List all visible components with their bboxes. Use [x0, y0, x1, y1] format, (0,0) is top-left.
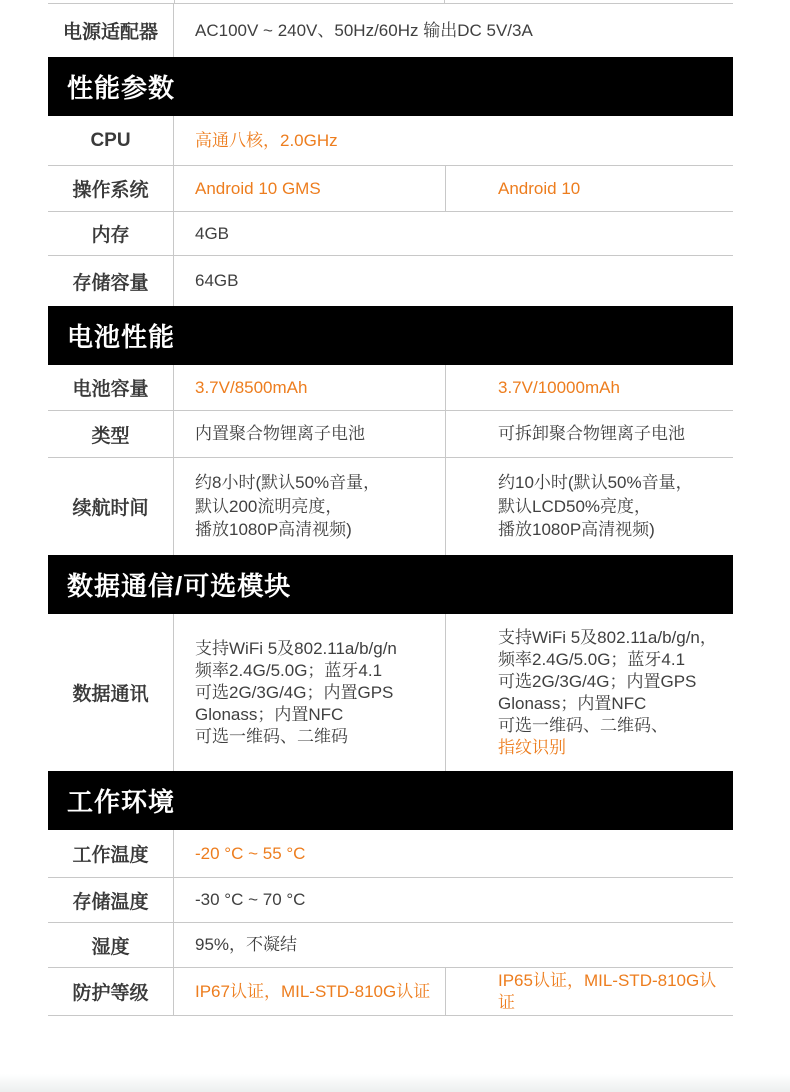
spec-value-data-comm-left: 支持WiFi 5及802.11a/b/g/n 频率2.4G/5.0G；蓝牙4.1…: [174, 614, 445, 771]
spec-value-os-left: Android 10 GMS: [174, 166, 445, 211]
section-header-title: 性能参数: [67, 68, 175, 105]
spec-label-battery-type: 类型: [48, 411, 174, 457]
spec-row-os: 操作系统 Android 10 GMS Android 10: [48, 166, 733, 212]
spec-table: 电源适配器 AC100V ~ 240V、50Hz/60Hz 输出DC 5V/3A…: [48, 3, 733, 1016]
spec-value-text: 64GB: [195, 270, 733, 292]
spec-value-line: 播放1080P高清视频): [195, 518, 445, 542]
spec-value-text: AC100V ~ 240V、50Hz/60Hz 输出DC 5V/3A: [195, 20, 733, 42]
spec-cells: Android 10 GMS Android 10: [174, 166, 733, 211]
spec-value-battery-type-right: 可拆卸聚合物锂离子电池: [445, 411, 733, 457]
spec-cells: 约8小时(默认50%音量， 默认200流明亮度， 播放1080P高清视频) 约1…: [174, 458, 733, 555]
spec-label-os: 操作系统: [48, 166, 174, 211]
spec-cells: -30 °C ~ 70 °C: [174, 878, 733, 922]
spec-label-protection: 防护等级: [48, 968, 174, 1015]
spec-value-text: Android 10: [498, 178, 733, 200]
spec-value-text: 高通八核，2.0GHz: [195, 130, 733, 152]
spec-value-line: 可选2G/3G/4G；内置GPS: [498, 671, 733, 693]
spec-value-text: 3.7V/8500mAh: [195, 377, 445, 399]
spec-label-humidity: 湿度: [48, 923, 174, 967]
spec-label-battery-life: 续航时间: [48, 458, 174, 555]
spec-cells: 95%，不凝结: [174, 923, 733, 967]
spec-value-operating-temp: -20 °C ~ 55 °C: [174, 830, 733, 877]
spec-value-cpu: 高通八核，2.0GHz: [174, 116, 733, 165]
spec-value-humidity: 95%，不凝结: [174, 923, 733, 967]
spec-label-operating-temp: 工作温度: [48, 830, 174, 877]
spec-cells: 高通八核，2.0GHz: [174, 116, 733, 165]
section-header-battery: 电池性能: [48, 306, 733, 365]
spec-label-data-comm: 数据通讯: [48, 614, 174, 771]
spec-label-cpu: CPU: [48, 116, 174, 165]
spec-value-battery-life-left: 约8小时(默认50%音量， 默认200流明亮度， 播放1080P高清视频): [174, 458, 445, 555]
spec-value-storage-temp: -30 °C ~ 70 °C: [174, 878, 733, 922]
section-header-environment: 工作环境: [48, 771, 733, 830]
spec-label-memory: 内存: [48, 212, 174, 255]
section-header-performance: 性能参数: [48, 57, 733, 116]
spec-value-line: Glonass；内置NFC: [498, 693, 733, 715]
spec-value-line: 支持WiFi 5及802.11a/b/g/n，: [498, 627, 733, 649]
spec-label-storage-temp: 存储温度: [48, 878, 174, 922]
spec-value-protection-right: IP65认证，MIL-STD-810G认证: [445, 968, 733, 1015]
section-header-data-modules: 数据通信/可选模块: [48, 555, 733, 614]
spec-value-line: 支持WiFi 5及802.11a/b/g/n: [195, 638, 445, 660]
spec-value-text: IP65认证，MIL-STD-810G认证: [498, 970, 733, 1014]
spec-value-protection-left: IP67认证，MIL-STD-810G认证: [174, 968, 445, 1015]
spec-row-data-comm: 数据通讯 支持WiFi 5及802.11a/b/g/n 频率2.4G/5.0G；…: [48, 614, 733, 771]
spec-value-text: 95%，不凝结: [195, 934, 733, 956]
spec-value-battery-capacity-left: 3.7V/8500mAh: [174, 365, 445, 410]
spec-value-os-right: Android 10: [445, 166, 733, 211]
spec-value-text: 3.7V/10000mAh: [498, 377, 733, 399]
section-header-title: 数据通信/可选模块: [67, 566, 291, 603]
spec-value-battery-type-left: 内置聚合物锂离子电池: [174, 411, 445, 457]
spec-row-humidity: 湿度 95%，不凝结: [48, 923, 733, 968]
spec-row-power-adapter: 电源适配器 AC100V ~ 240V、50Hz/60Hz 输出DC 5V/3A: [48, 4, 733, 57]
spec-cells: AC100V ~ 240V、50Hz/60Hz 输出DC 5V/3A: [174, 4, 733, 57]
spec-row-storage: 存储容量 64GB: [48, 256, 733, 306]
spec-cells: 支持WiFi 5及802.11a/b/g/n 频率2.4G/5.0G；蓝牙4.1…: [174, 614, 733, 771]
spec-cells: IP67认证，MIL-STD-810G认证 IP65认证，MIL-STD-810…: [174, 968, 733, 1015]
spec-value-line: Glonass；内置NFC: [195, 704, 445, 726]
spec-value-text: 内置聚合物锂离子电池: [195, 423, 445, 445]
spec-value-power-adapter: AC100V ~ 240V、50Hz/60Hz 输出DC 5V/3A: [174, 4, 733, 57]
spec-row-storage-temp: 存储温度 -30 °C ~ 70 °C: [48, 878, 733, 923]
spec-sheet-page: { "theme": { "accent_orange": "#ed7d1e",…: [0, 0, 790, 1092]
spec-row-battery-capacity: 电池容量 3.7V/8500mAh 3.7V/10000mAh: [48, 365, 733, 411]
spec-row-operating-temp: 工作温度 -20 °C ~ 55 °C: [48, 830, 733, 878]
spec-value-line: 可选一维码、二维码: [195, 726, 445, 748]
spec-value-text: 可拆卸聚合物锂离子电池: [498, 423, 733, 445]
spec-value-line-highlight: 指纹识别: [498, 737, 733, 759]
spec-value-line: 播放1080P高清视频): [498, 518, 733, 542]
spec-value-line: 频率2.4G/5.0G；蓝牙4.1: [498, 649, 733, 671]
spec-cells: 内置聚合物锂离子电池 可拆卸聚合物锂离子电池: [174, 411, 733, 457]
spec-value-data-comm-right: 支持WiFi 5及802.11a/b/g/n， 频率2.4G/5.0G；蓝牙4.…: [445, 614, 733, 771]
spec-label-storage: 存储容量: [48, 256, 174, 306]
spec-cells: 3.7V/8500mAh 3.7V/10000mAh: [174, 365, 733, 410]
spec-cells: 64GB: [174, 256, 733, 306]
spec-value-line: 可选一维码、二维码、: [498, 715, 733, 737]
spec-label-battery-capacity: 电池容量: [48, 365, 174, 410]
section-header-title: 工作环境: [67, 782, 175, 819]
spec-cells: 4GB: [174, 212, 733, 255]
spec-value-line: 默认200流明亮度，: [195, 495, 445, 519]
spec-row-cpu: CPU 高通八核，2.0GHz: [48, 116, 733, 166]
spec-value-battery-capacity-right: 3.7V/10000mAh: [445, 365, 733, 410]
spec-value-battery-life-right: 约10小时(默认50%音量， 默认LCD50%亮度， 播放1080P高清视频): [445, 458, 733, 555]
spec-row-battery-type: 类型 内置聚合物锂离子电池 可拆卸聚合物锂离子电池: [48, 411, 733, 458]
spec-value-line: 约8小时(默认50%音量，: [195, 471, 445, 495]
spec-value-line: 默认LCD50%亮度，: [498, 495, 733, 519]
bottom-fade-band: [0, 1074, 790, 1092]
spec-row-battery-life: 续航时间 约8小时(默认50%音量， 默认200流明亮度， 播放1080P高清视…: [48, 458, 733, 555]
spec-value-text: -30 °C ~ 70 °C: [195, 889, 733, 911]
spec-value-text: IP67认证，MIL-STD-810G认证: [195, 981, 445, 1003]
spec-label-power-adapter: 电源适配器: [48, 4, 174, 57]
spec-value-memory: 4GB: [174, 212, 733, 255]
spec-value-text: -20 °C ~ 55 °C: [195, 843, 733, 865]
spec-value-storage: 64GB: [174, 256, 733, 306]
spec-cells: -20 °C ~ 55 °C: [174, 830, 733, 877]
spec-row-memory: 内存 4GB: [48, 212, 733, 256]
spec-value-text: Android 10 GMS: [195, 178, 445, 200]
spec-row-protection: 防护等级 IP67认证，MIL-STD-810G认证 IP65认证，MIL-ST…: [48, 968, 733, 1016]
spec-value-line: 约10小时(默认50%音量，: [498, 471, 733, 495]
spec-value-text: 4GB: [195, 223, 733, 245]
section-header-title: 电池性能: [67, 317, 175, 354]
spec-value-line: 可选2G/3G/4G；内置GPS: [195, 682, 445, 704]
spec-value-line: 频率2.4G/5.0G；蓝牙4.1: [195, 660, 445, 682]
